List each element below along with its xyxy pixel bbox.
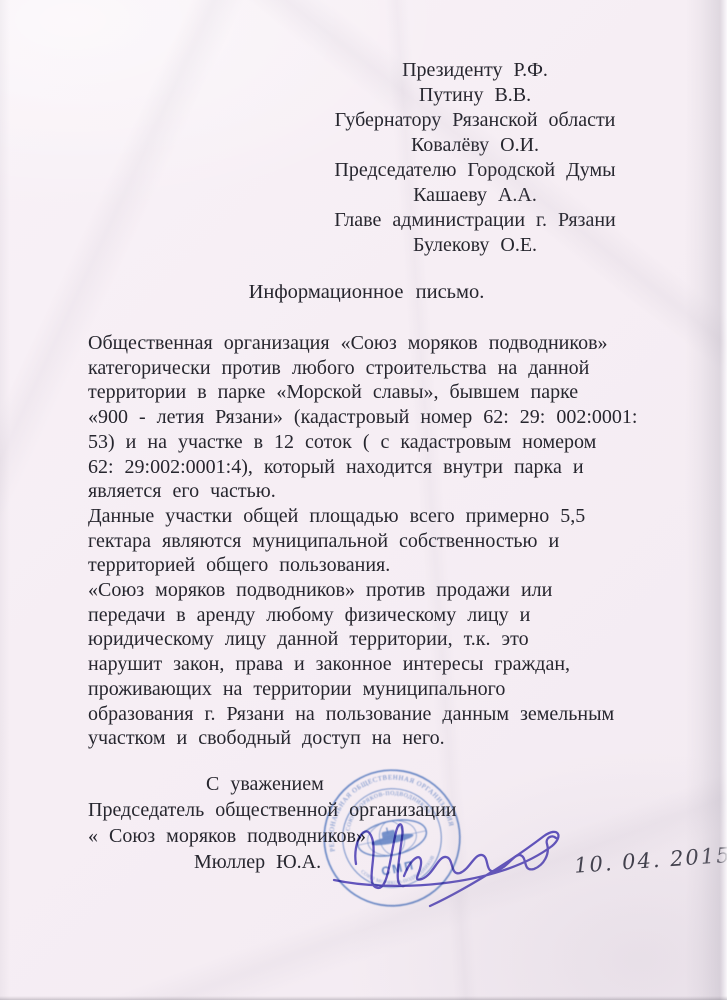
addressee-block: Президенту Р.Ф. Путину В.В. Губернатору … — [270, 58, 680, 258]
addressee-line: Булекову О.Е. — [270, 233, 680, 258]
addressee-line: Главе администрации г. Рязани — [270, 208, 680, 233]
body-line: является его частью. — [88, 479, 648, 504]
body-line: участком и свободный доступ на него. — [88, 726, 648, 751]
body-line: Общественная организация «Союз моряков п… — [88, 331, 648, 356]
body-line: «Союз моряков подводников» против продаж… — [88, 578, 648, 603]
body-line: «900 - летия Рязани» (кадастровый номер … — [88, 405, 648, 430]
body-line: территории в парке «Морской славы», бывш… — [88, 380, 648, 405]
signature-ink — [326, 794, 578, 916]
body-line: проживающих на территории муниципального — [88, 677, 648, 702]
body-line: образования г. Рязани на пользование дан… — [88, 702, 648, 727]
body-line: юридическому лицу данной территории, т.к… — [88, 627, 648, 652]
body-line: передачи в аренду любому физическому лиц… — [88, 603, 648, 628]
addressee-line: Путину В.В. — [270, 83, 680, 108]
letter-title: Информационное письмо. — [90, 281, 643, 304]
body-line: 62: 29:002:0001:4), который находится вн… — [88, 455, 648, 480]
body-line: нарушит закон, права и законное интересы… — [88, 652, 648, 677]
addressee-line: Председателю Городской Думы — [270, 158, 680, 183]
addressee-line: Кашаеву А.А. — [270, 183, 680, 208]
scanned-letter-page: Президенту Р.Ф. Путину В.В. Губернатору … — [0, 0, 727, 1000]
handwritten-date: 10. 04. 2015. — [573, 842, 727, 878]
body-line: Данные участки общей площадью всего прим… — [88, 504, 648, 529]
body-line: категорически против любого строительств… — [88, 356, 648, 381]
addressee-line: Губернатору Рязанской области — [270, 108, 680, 133]
addressee-line: Ковалёву О.И. — [270, 133, 680, 158]
letter-body: Общественная организация «Союз моряков п… — [88, 331, 648, 751]
body-line: гектара являются муниципальной собственн… — [88, 529, 648, 554]
addressee-line: Президенту Р.Ф. — [270, 58, 680, 83]
body-line: территорией общего пользования. — [88, 553, 648, 578]
body-line: 53) и на участке в 12 соток ( с кадастро… — [88, 430, 648, 455]
